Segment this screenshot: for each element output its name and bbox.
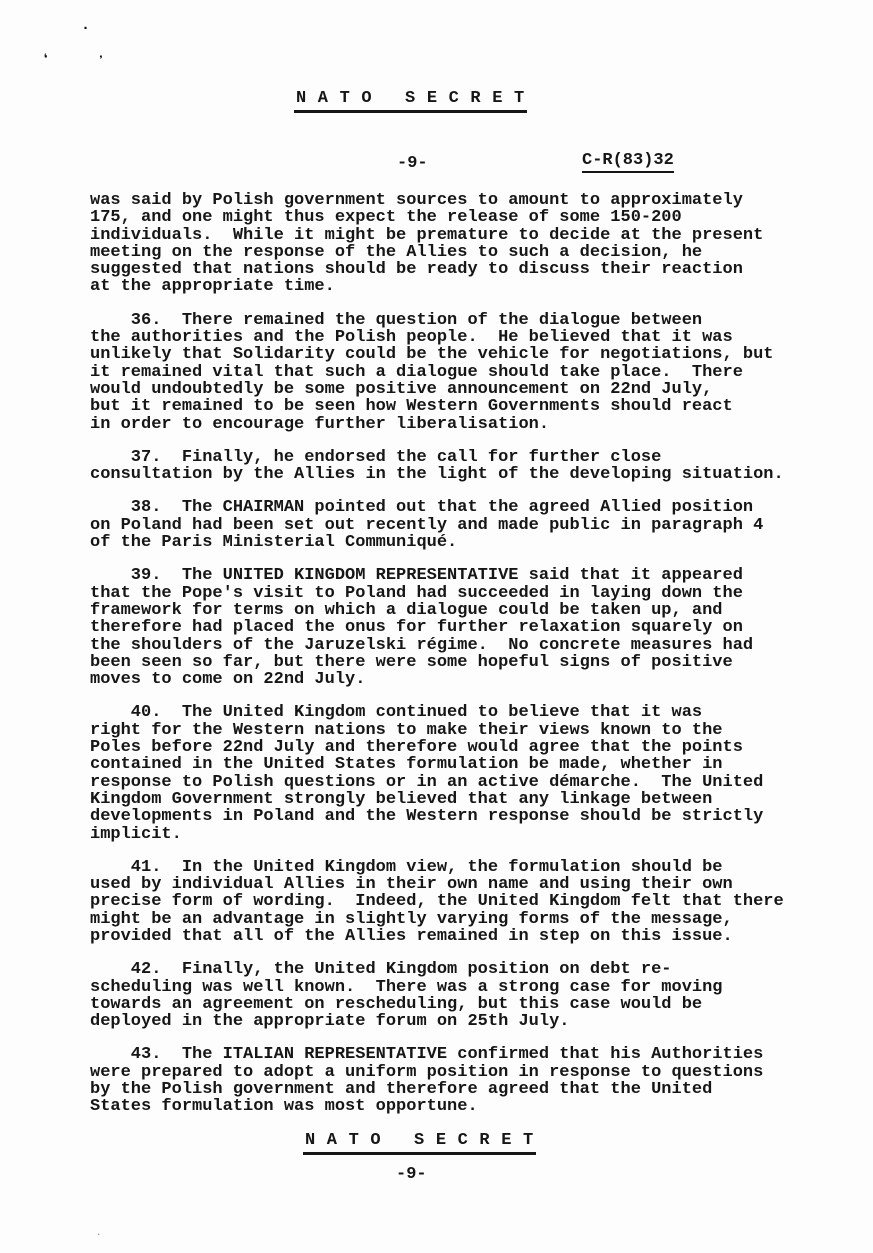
text-line: used by individual Allies in their own n… <box>90 876 850 893</box>
text-line: Kingdom Government strongly believed tha… <box>90 791 850 808</box>
text-line: the shoulders of the Jaruzelski régime. … <box>90 637 850 654</box>
text-line: by the Polish government and therefore a… <box>90 1081 850 1098</box>
text-line: that the Pope's visit to Poland had succ… <box>90 585 850 602</box>
text-line: might be an advantage in slightly varyin… <box>90 911 850 928</box>
text-line: 175, and one might thus expect the relea… <box>90 209 850 226</box>
scan-speck: · <box>96 1228 101 1242</box>
text-line: Poles before 22nd July and therefore wou… <box>90 739 850 756</box>
text-line: therefore had placed the onus for furthe… <box>90 619 850 636</box>
paragraph-36: 36. There remained the question of the d… <box>90 312 850 433</box>
paragraph-43: 43. The ITALIAN REPRESENTATIVE confirmed… <box>90 1046 850 1115</box>
text-line: 36. There remained the question of the d… <box>90 312 850 329</box>
scan-speck: · <box>81 22 90 36</box>
scan-speck: ❛ <box>41 53 53 69</box>
text-line: at the appropriate time. <box>90 278 850 295</box>
text-line: in order to encourage further liberalisa… <box>90 416 850 433</box>
paragraph-37: 37. Finally, he endorsed the call for fu… <box>90 449 850 484</box>
paragraph-39: 39. The UNITED KINGDOM REPRESENTATIVE sa… <box>90 567 850 688</box>
text-line: scheduling was well known. There was a s… <box>90 979 850 996</box>
text-line: consultation by the Allies in the light … <box>90 466 850 483</box>
text-line: framework for terms on which a dialogue … <box>90 602 850 619</box>
text-line: States formulation was most opportune. <box>90 1098 850 1115</box>
text-line: unlikely that Solidarity could be the ve… <box>90 346 850 363</box>
paragraph-42: 42. Finally, the United Kingdom position… <box>90 961 850 1030</box>
text-line: but it remained to be seen how Western G… <box>90 398 850 415</box>
text-line: the authorities and the Polish people. H… <box>90 329 850 346</box>
text-line: 39. The UNITED KINGDOM REPRESENTATIVE sa… <box>90 567 850 584</box>
text-line: deployed in the appropriate forum on 25t… <box>90 1013 850 1030</box>
text-line: 37. Finally, he endorsed the call for fu… <box>90 449 850 466</box>
document-body: was said by Polish government sources to… <box>90 192 850 1116</box>
text-line: 38. The CHAIRMAN pointed out that the ag… <box>90 499 850 516</box>
document-reference: C-R(83)32 <box>582 152 674 173</box>
text-line: suggested that nations should be ready t… <box>90 261 850 278</box>
text-line: been seen so far, but there were some ho… <box>90 654 850 671</box>
text-line: meeting on the response of the Allies to… <box>90 244 850 261</box>
text-line: right for the Western nations to make th… <box>90 722 850 739</box>
text-line: it remained vital that such a dialogue s… <box>90 364 850 381</box>
text-line: 42. Finally, the United Kingdom position… <box>90 961 850 978</box>
text-line: 41. In the United Kingdom view, the form… <box>90 859 850 876</box>
header-page-number: -9- <box>397 155 428 173</box>
text-line: of the Paris Ministerial Communiqué. <box>90 534 850 551</box>
text-line: developments in Poland and the Western r… <box>90 808 850 825</box>
text-line: would undoubtedly be some positive annou… <box>90 381 850 398</box>
text-line: on Poland had been set out recently and … <box>90 517 850 534</box>
text-line: was said by Polish government sources to… <box>90 192 850 209</box>
text-line: towards an agreement on rescheduling, bu… <box>90 996 850 1013</box>
paragraph-continuation: was said by Polish government sources to… <box>90 192 850 296</box>
text-line: provided that all of the Allies remained… <box>90 928 850 945</box>
text-line: 43. The ITALIAN REPRESENTATIVE confirmed… <box>90 1046 850 1063</box>
text-line: response to Polish questions or in an ac… <box>90 774 850 791</box>
document-page: · ❛ ❜ · N A T O S E C R E T -9- C-R(83)3… <box>0 0 873 1253</box>
footer-classification-banner: N A T O S E C R E T <box>303 1131 536 1155</box>
text-line: 40. The United Kingdom continued to beli… <box>90 704 850 721</box>
text-line: were prepared to adopt a uniform positio… <box>90 1064 850 1081</box>
paragraph-38: 38. The CHAIRMAN pointed out that the ag… <box>90 499 850 551</box>
paragraph-40: 40. The United Kingdom continued to beli… <box>90 704 850 842</box>
text-line: contained in the United States formulati… <box>90 756 850 773</box>
paragraph-41: 41. In the United Kingdom view, the form… <box>90 859 850 945</box>
scan-speck: ❜ <box>97 55 105 69</box>
text-line: precise form of wording. Indeed, the Uni… <box>90 893 850 910</box>
footer-page-number: -9- <box>396 1166 427 1184</box>
text-line: moves to come on 22nd July. <box>90 671 850 688</box>
text-line: implicit. <box>90 826 850 843</box>
text-line: individuals. While it might be premature… <box>90 227 850 244</box>
header-classification-banner: N A T O S E C R E T <box>294 89 527 113</box>
